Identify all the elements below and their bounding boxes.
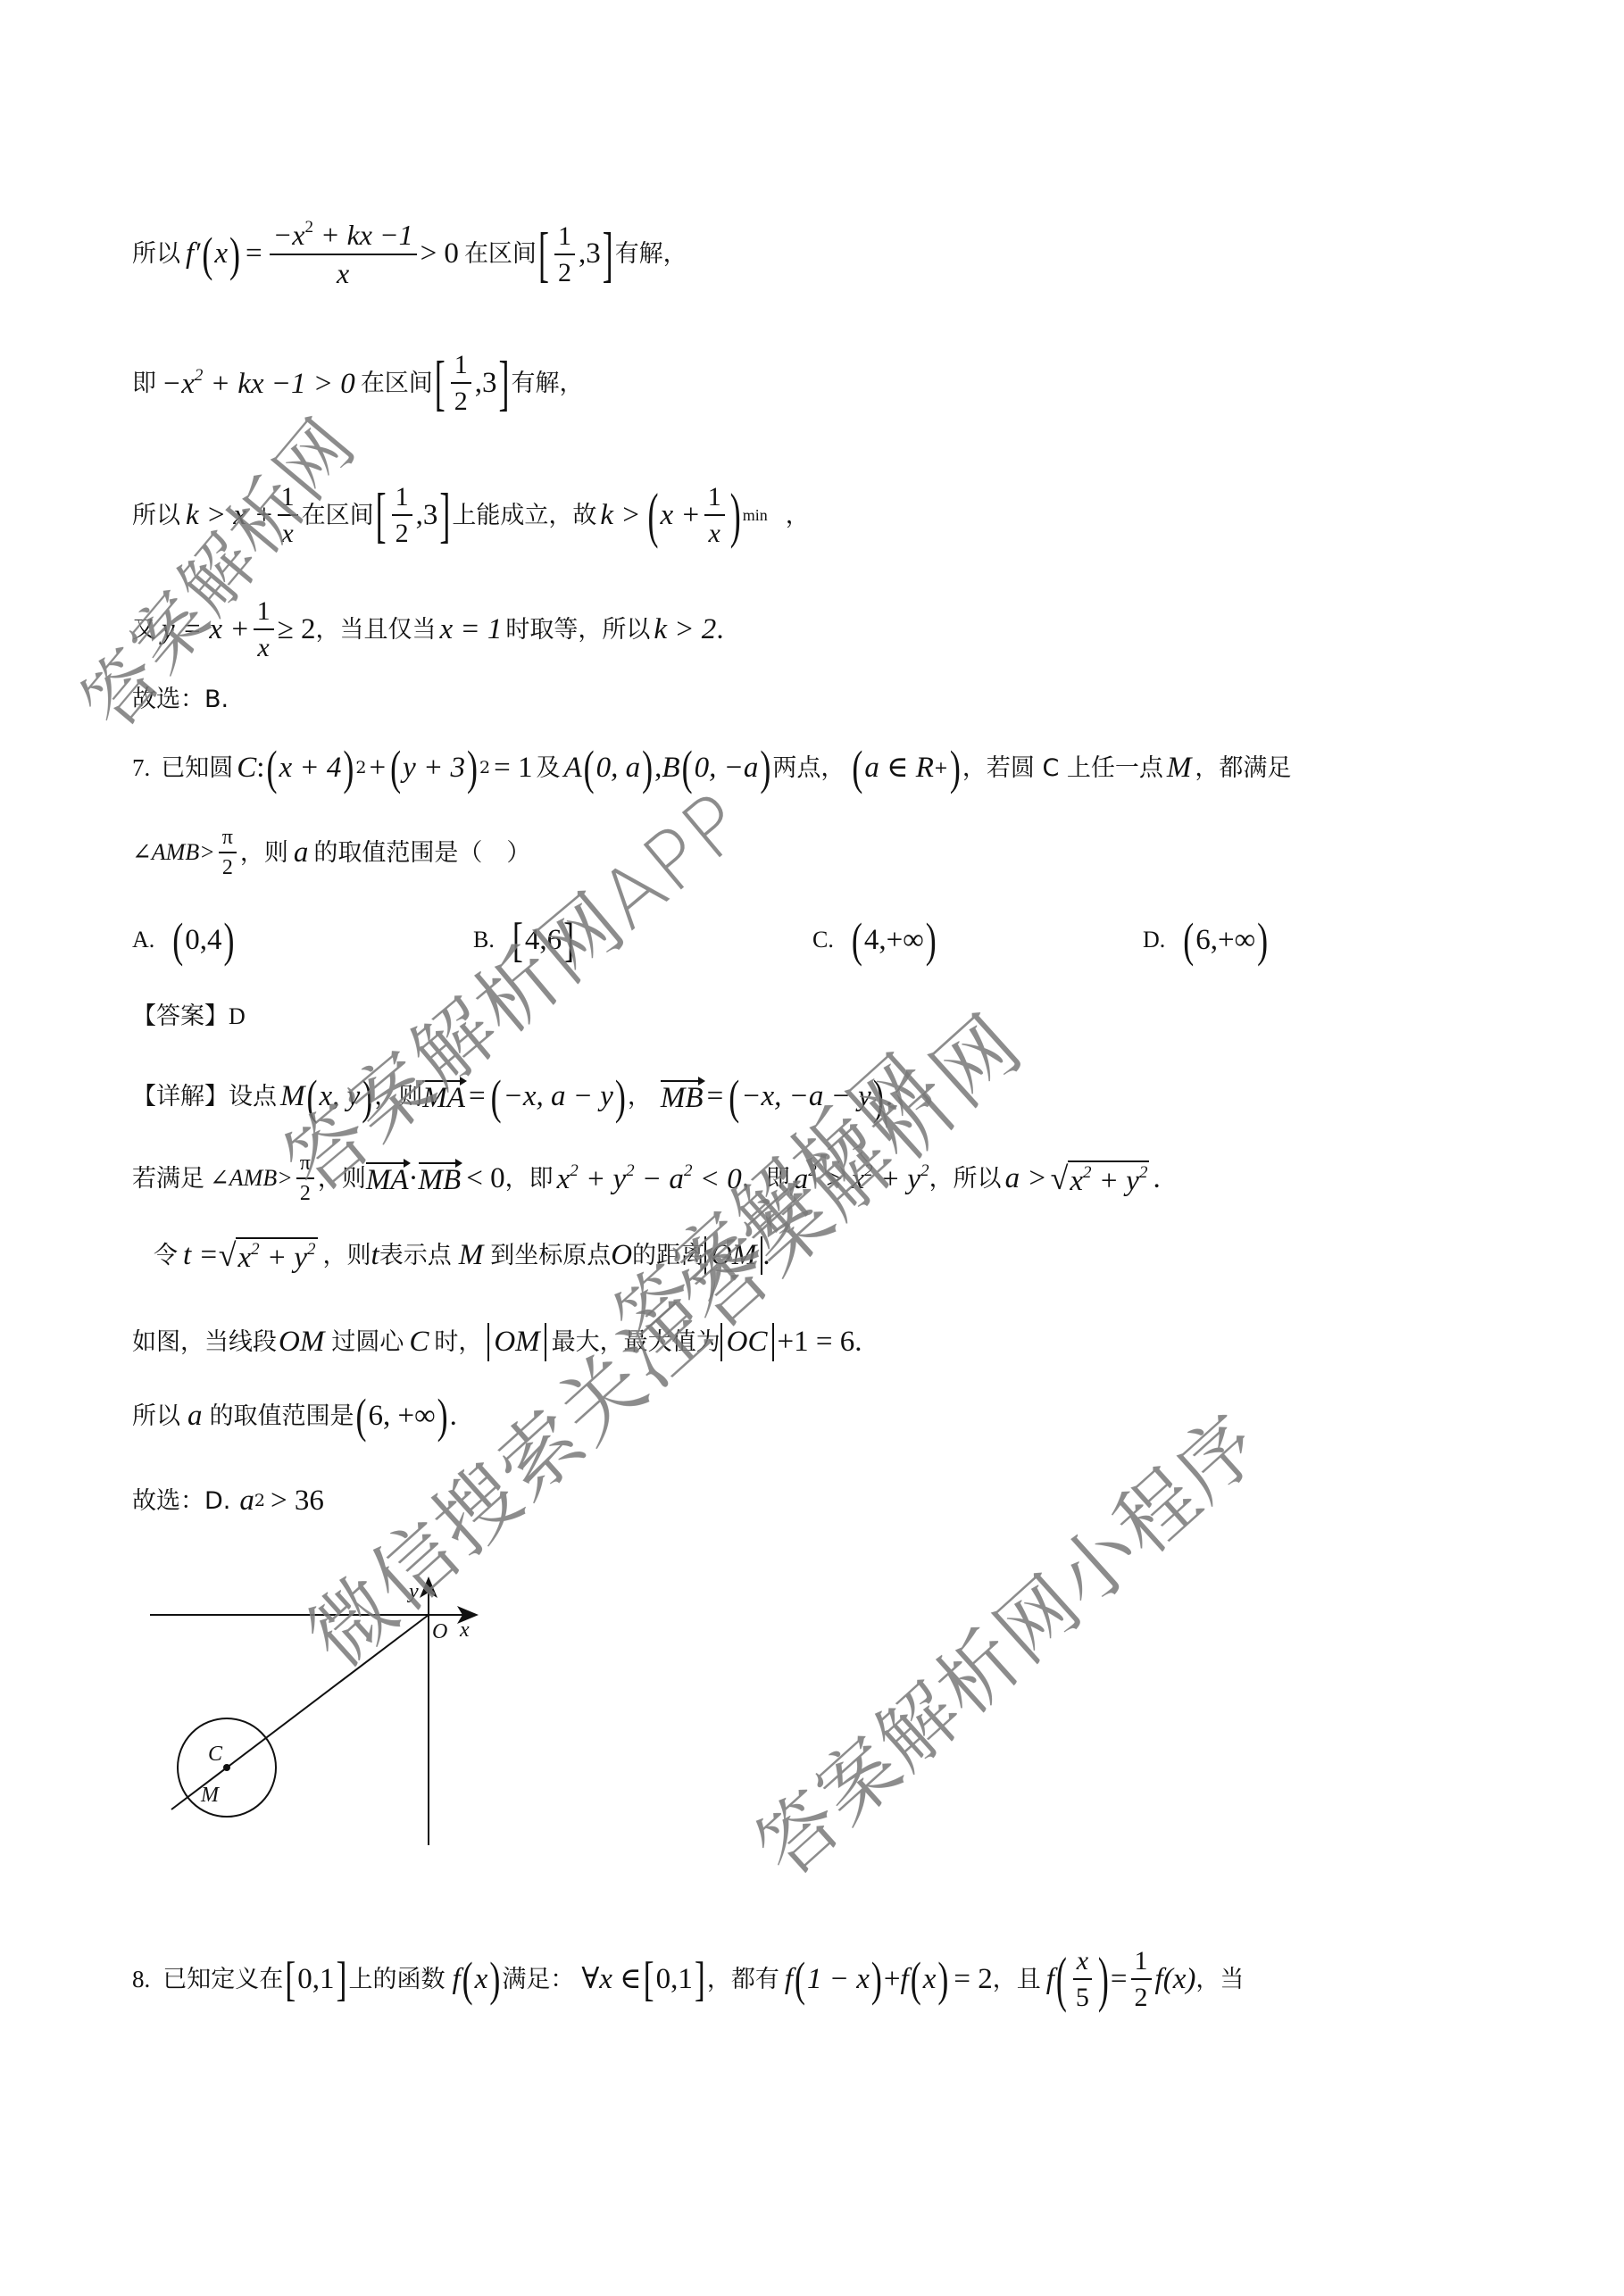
math: B <box>662 753 679 783</box>
math: . <box>716 615 723 645</box>
math: : <box>256 753 264 783</box>
math: 6, +∞ <box>369 1402 436 1431</box>
option-value: 0,4 <box>185 924 221 957</box>
math: f <box>785 1965 793 1994</box>
option-a[interactable]: A. (0,4) <box>132 921 237 959</box>
math: ) <box>926 912 937 969</box>
math: 2 <box>254 1493 265 1510</box>
text: ，则 <box>240 841 288 865</box>
math: a <box>187 1402 203 1431</box>
math: −x <box>273 219 305 251</box>
text: 满足： <box>502 1967 574 1992</box>
math: 2 <box>219 853 237 879</box>
text: ，即 <box>742 1167 790 1191</box>
math: x <box>337 257 349 289</box>
math: min <box>743 507 768 523</box>
label-o: O <box>432 1620 447 1643</box>
math: x <box>237 1242 251 1274</box>
option-d[interactable]: D. (6,+∞) <box>1143 921 1270 959</box>
math: . <box>1153 1164 1160 1194</box>
math: M <box>280 1082 305 1111</box>
math: x <box>709 519 720 548</box>
question-number: 8. <box>132 1967 150 1992</box>
fraction: x5 <box>1072 1946 1093 2012</box>
text: 时取等，所以 <box>505 618 650 642</box>
math: 2 <box>304 218 313 237</box>
question-number: 7. <box>132 756 150 780</box>
option-value: 6,+∞ <box>1195 924 1255 957</box>
math: 5 <box>1072 1980 1093 2012</box>
math: a ∈ R <box>864 753 934 783</box>
math: f <box>1046 1965 1054 1994</box>
math: ≥ 2 <box>278 615 316 645</box>
math: x + 4 <box>279 753 341 783</box>
fraction: 12 <box>451 350 471 416</box>
math: +1 = 6 <box>778 1327 855 1357</box>
math: ∠AMB> <box>132 841 215 864</box>
text: 所以 <box>132 242 180 266</box>
math: > 36 <box>271 1486 324 1516</box>
math: 2 <box>920 1161 929 1180</box>
math: ,3 <box>416 501 438 530</box>
circle-diagram: y x O C M <box>134 1553 536 1875</box>
math: 1 − x <box>807 1965 870 1994</box>
solution-setup: 【详解】 设点 M (x, y) ，则 MA = (−x, a − y) ， M… <box>132 1080 893 1113</box>
math: O <box>611 1241 632 1270</box>
option-label: A. <box>132 927 154 953</box>
math: 2 <box>1131 1980 1152 2012</box>
text: 已知圆 <box>161 756 233 780</box>
fraction: 12 <box>392 482 412 548</box>
text: 有解， <box>512 371 584 395</box>
math: 0, −a <box>695 753 759 783</box>
math: M <box>1167 753 1192 783</box>
math: , <box>654 753 662 783</box>
option-value: 4,+∞ <box>864 924 924 957</box>
fraction: −x2 + kx −1 x <box>270 219 417 289</box>
answer-line: 【答案】 D <box>132 1004 246 1028</box>
line-derivative-condition: 所以 f′ (x) = −x2 + kx −1 x > 0 在区间 [ 12 ,… <box>132 219 687 289</box>
math: 2 <box>808 1161 817 1180</box>
math: y = x + <box>162 615 250 645</box>
math: k > <box>600 501 640 530</box>
math: 2 <box>626 1161 635 1180</box>
line-k-bound: 所以 k > x + 1x 在区间 [ 12 ,3 ] 上能成立，故 k > (… <box>132 482 810 548</box>
math: 2 <box>296 1179 314 1205</box>
vector: MB <box>661 1080 704 1113</box>
solution-dot-product: 若满足 ∠AMB> π2 ，则 MA·MB < 0 ，即 x2 + y2 − a… <box>132 1152 1161 1206</box>
math: ( <box>1183 912 1194 969</box>
text: 有解， <box>615 242 687 266</box>
math: ( <box>172 912 183 969</box>
math: 2 <box>1139 1163 1148 1182</box>
text: ， <box>628 1085 652 1109</box>
math: = <box>246 239 262 269</box>
math: x <box>214 239 228 269</box>
math: ,3 <box>475 369 497 398</box>
text: 及 <box>536 756 560 780</box>
text: ， <box>786 503 810 528</box>
math: M <box>459 1241 484 1270</box>
math: 0,1 <box>297 1965 334 1994</box>
math: 2 <box>554 255 575 287</box>
math: OM <box>487 1323 545 1361</box>
math: a <box>794 1163 809 1195</box>
math: x <box>557 1163 570 1195</box>
math: = 2 <box>954 1965 992 1994</box>
text: 若满足 <box>132 1167 204 1191</box>
math: −x, −a − y <box>741 1082 871 1111</box>
text: 在区间 <box>464 242 537 266</box>
math: 2 <box>479 760 490 777</box>
text: 故选：B. <box>132 687 229 711</box>
answer-tag: 【答案】 <box>132 1004 229 1028</box>
math: x, y <box>320 1082 361 1111</box>
option-label: D. <box>1143 927 1165 953</box>
segment-om <box>171 1615 429 1809</box>
math: − a <box>635 1163 684 1195</box>
solution-max-distance: 如图，当线段 OM 过圆心 C 时， OM 最大，最大值为 OC +1 = 6 … <box>132 1323 862 1361</box>
math: 2 <box>864 1161 873 1180</box>
text: 在区间 <box>361 371 433 395</box>
text: 又 <box>132 618 156 642</box>
text: 上的函数 <box>349 1967 446 1992</box>
solution-range: 所以 a 的取值范围是 (6, +∞) . <box>132 1400 457 1432</box>
math: > x <box>817 1163 864 1195</box>
math: = <box>1111 1965 1128 1994</box>
math: a <box>239 1486 254 1516</box>
math: < 0 <box>466 1164 504 1194</box>
math: −x, a − y <box>504 1082 613 1111</box>
math: + <box>369 753 386 783</box>
math: C <box>409 1327 429 1357</box>
math: ] <box>563 912 574 969</box>
math: . <box>886 1082 893 1111</box>
math: + y <box>579 1163 626 1195</box>
option-value: 4,6 <box>525 924 562 957</box>
math: + y <box>873 1163 920 1195</box>
math: ( <box>852 912 862 969</box>
text: ，则 <box>323 1244 371 1268</box>
text: 已知定义在 <box>162 1967 283 1992</box>
question-8-stem: 8. 已知定义在 [0,1] 上的函数 f (x) 满足： ∀x ∈ [0,1]… <box>132 1946 1244 2012</box>
math: = 1 <box>494 753 532 783</box>
math: k > 2 <box>654 615 716 645</box>
math: . <box>854 1327 862 1357</box>
math: 0,1 <box>656 1965 693 1994</box>
math: y + 3 <box>403 753 465 783</box>
math: ) <box>224 912 235 969</box>
math: x <box>281 519 293 548</box>
answer-value: D <box>229 1005 246 1028</box>
option-b[interactable]: B. [4,6] <box>473 921 576 959</box>
math: x <box>923 1965 937 1994</box>
math: > 0 <box>421 239 459 269</box>
solution-tag: 【详解】 <box>132 1085 229 1109</box>
math: OM <box>279 1327 324 1357</box>
math: < 0 <box>692 1163 741 1195</box>
text: ，当且仅当 <box>315 618 436 642</box>
fraction: π2 <box>219 826 237 880</box>
math: 2 <box>684 1161 693 1180</box>
text: ，则 <box>374 1085 422 1109</box>
math: f′ <box>186 239 200 269</box>
text: ，且 <box>993 1967 1041 1992</box>
solution-define-t: 令 t = √x2 + y2 ，则 t 表示点 M 到坐标原点 O 的距离 OM… <box>154 1236 770 1275</box>
text: ，则 <box>318 1167 366 1191</box>
text: 的取值范围是（ ） <box>313 841 530 865</box>
text: 表示点 <box>379 1244 452 1268</box>
math: x + <box>661 501 701 530</box>
text: 即 <box>132 371 156 395</box>
text: ，即 <box>505 1167 554 1191</box>
option-label: B. <box>473 927 495 953</box>
line-amgm: 又 y = x + 1x ≥ 2 ，当且仅当 x = 1 时取等，所以 k > … <box>132 596 724 662</box>
text: 所以 <box>132 503 180 528</box>
math: . <box>762 1241 770 1270</box>
math: x <box>1077 1946 1088 1976</box>
question-7-condition: ∠AMB> π2 ，则 a 的取值范围是（ ） <box>132 826 530 880</box>
math: OM <box>704 1236 762 1275</box>
line-inequality: 即 −x2 + kx −1 > 0 在区间 [ 12 ,3 ] 有解， <box>132 350 584 416</box>
math: + <box>934 760 948 777</box>
math: f <box>901 1965 909 1994</box>
fraction: 1x <box>278 482 298 548</box>
math: + <box>884 1965 901 1994</box>
text: 最大，最大值为 <box>552 1330 720 1354</box>
fraction: 1x <box>704 482 725 548</box>
math: [ <box>512 912 523 969</box>
text: 所以 <box>132 1404 180 1428</box>
option-c[interactable]: C. (4,+∞) <box>812 921 938 959</box>
math: 2 <box>251 1240 260 1259</box>
math: + kx −1 <box>313 219 413 251</box>
math: + kx −1 > 0 <box>203 368 354 400</box>
line-choice-b: 故选：B. <box>132 687 229 711</box>
text: 的取值范围是 <box>210 1404 354 1428</box>
text: ，都有 <box>707 1967 779 1992</box>
math: · <box>409 1164 419 1194</box>
math: 2 <box>392 516 412 548</box>
math: A <box>563 753 581 783</box>
math: 1 <box>704 482 725 516</box>
math: 1 <box>254 596 274 630</box>
fraction: 12 <box>554 221 575 287</box>
math: 1 <box>278 482 298 516</box>
text: 过圆心 <box>331 1330 404 1354</box>
math: ,3 <box>579 239 601 269</box>
math: t = <box>183 1241 219 1270</box>
vector: MA <box>366 1162 409 1195</box>
math: C <box>237 753 256 783</box>
math: 1 <box>1131 1946 1152 1980</box>
math: 2 <box>1083 1163 1092 1182</box>
text: 的距离 <box>632 1244 704 1268</box>
fraction: 1x <box>254 596 274 662</box>
math: t <box>371 1241 379 1270</box>
text: 两点， <box>772 756 845 780</box>
text: 到坐标原点 <box>490 1244 611 1268</box>
math: 2 <box>195 366 204 385</box>
math: OC <box>720 1323 774 1361</box>
text: 如图，当线段 <box>132 1330 277 1354</box>
math: k > x + <box>186 501 274 530</box>
text: 故选：D. <box>132 1489 230 1513</box>
math: 2 <box>355 760 366 777</box>
center-point <box>223 1764 230 1771</box>
vector: MA <box>422 1080 465 1113</box>
math: f <box>453 1965 461 1994</box>
math: x = 1 <box>439 615 502 645</box>
math: a <box>294 838 309 868</box>
math: x <box>475 1965 488 1994</box>
math: . <box>450 1402 457 1431</box>
math: x <box>257 633 269 662</box>
math: 1 <box>554 221 575 255</box>
math: x <box>1070 1165 1083 1197</box>
vector: MB <box>419 1162 462 1195</box>
math: −x <box>162 368 195 400</box>
label-x: x <box>459 1618 470 1642</box>
option-label: C. <box>812 927 834 953</box>
text: ，所以 <box>929 1167 1002 1191</box>
math: ∠AMB> <box>210 1167 293 1190</box>
fraction: 12 <box>1131 1946 1152 2012</box>
text: 设点 <box>229 1085 277 1109</box>
label-m: M <box>200 1784 221 1807</box>
text: 上能成立，故 <box>452 503 596 528</box>
math: + y <box>1092 1165 1139 1197</box>
text: ，若圆 C 上任一点 <box>962 756 1163 780</box>
math: + y <box>260 1242 307 1274</box>
math: 2 <box>451 384 471 416</box>
text: ，当 <box>1195 1967 1244 1992</box>
math: 0, a <box>596 753 641 783</box>
math: ∀x ∈ <box>581 1965 641 1994</box>
text: 令 <box>154 1244 178 1268</box>
math: f(x) <box>1155 1965 1196 1994</box>
label-y: y <box>407 1580 419 1603</box>
math: ) <box>1257 912 1268 969</box>
math: 2 <box>570 1161 579 1180</box>
text: 在区间 <box>302 503 374 528</box>
text: 时， <box>434 1330 482 1354</box>
math: 1 <box>451 350 471 384</box>
math: π <box>296 1152 314 1179</box>
label-c: C <box>208 1743 223 1766</box>
math: 2 <box>307 1240 316 1259</box>
line-choice-d: 故选：D. a2 > 36 <box>132 1486 324 1516</box>
math: 1 <box>392 482 412 516</box>
watermark-5: 答案解析网小程序 <box>729 1385 1281 1898</box>
fraction: π2 <box>296 1152 314 1206</box>
question-7-stem: 7. 已知圆 C : (x + 4)2 + (y + 3)2 = 1 及 A (… <box>132 752 1291 784</box>
math: π <box>219 826 237 853</box>
math: a > <box>1005 1164 1047 1194</box>
text: ，都满足 <box>1195 756 1291 780</box>
